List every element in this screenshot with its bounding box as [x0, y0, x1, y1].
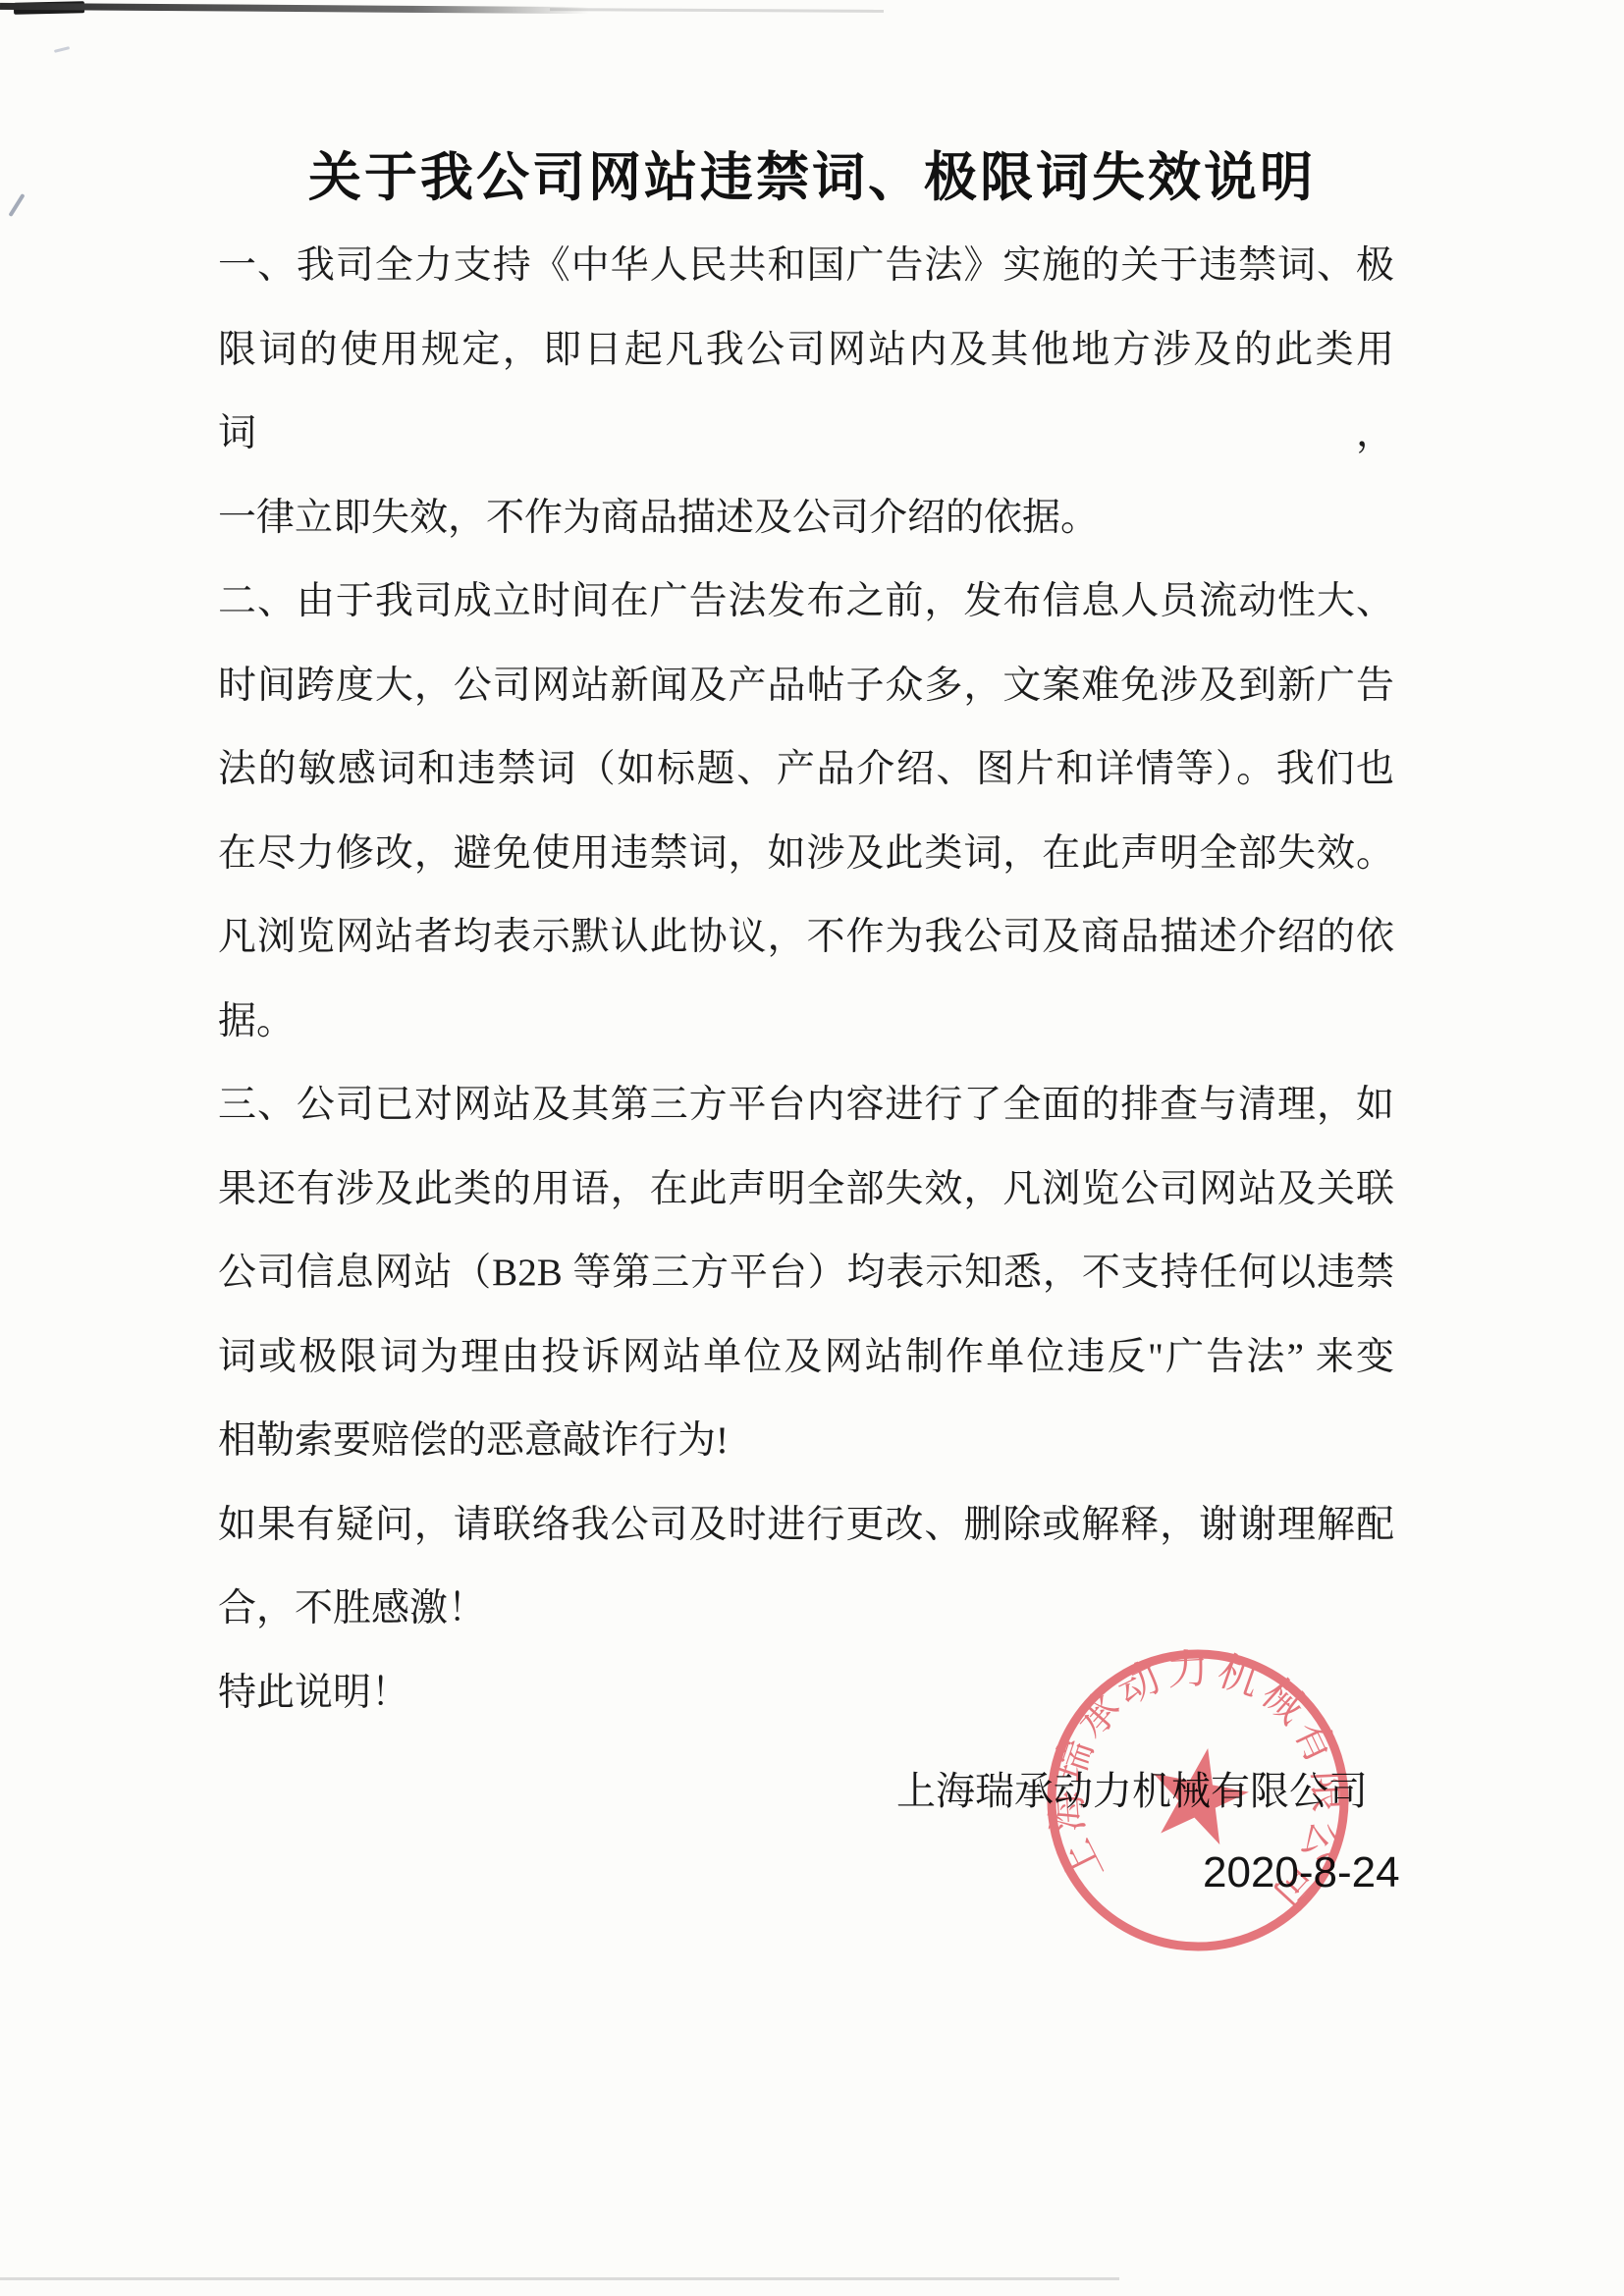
document-line: 在尽力修改，避免使用违禁词，如涉及此类词，在此声明全部失效。 [218, 812, 1394, 896]
scan-artifact-top-black-mark [14, 1, 84, 15]
stamp-star-icon [1143, 1739, 1256, 1848]
document-line: 时间跨度大，公司网站新闻及产品帖子众多，文案难免涉及到新广告 [218, 644, 1394, 728]
document-line: 凡浏览网站者均表示默认此协议，不作为我公司及商品描述介绍的依 [218, 895, 1394, 980]
scan-artifact-top-edge-line-faint [550, 8, 884, 13]
document-title: 关于我公司网站违禁词、极限词失效说明 [0, 135, 1624, 211]
document-line: 一律立即失效，不作为商品描述及公司介绍的依据。 [218, 476, 1394, 561]
document-line: 果还有涉及此类的用语，在此声明全部失效，凡浏览公司网站及关联 [218, 1148, 1394, 1232]
scan-artifact-small-tick [54, 46, 70, 53]
scan-artifact-bottom-edge-line [0, 2277, 1119, 2280]
document-line: 如果有疑问，请联络我公司及时进行更改、删除或解释，谢谢理解配 [218, 1483, 1394, 1568]
document-line: 限词的使用规定，即日起凡我公司网站内及其他地方涉及的此类用词， [218, 308, 1394, 476]
document-line: 法的敏感词和违禁词（如标题、产品介绍、图片和详情等）。我们也 [218, 727, 1394, 812]
scanned-document-page: 关于我公司网站违禁词、极限词失效说明 一、我司全力支持《中华人民共和国广告法》实… [0, 0, 1624, 2296]
document-line: 词或极限词为理由投诉网站单位及网站制作单位违反"广告法” 来变 [218, 1315, 1394, 1400]
document-line: 相勒索要赔偿的恶意敲诈行为! [218, 1399, 1394, 1483]
document-line: 一、我司全力支持《中华人民共和国广告法》实施的关于违禁词、极 [218, 224, 1394, 308]
document-line: 公司信息网站（B2B 等第三方平台）均表示知悉，不支持任何以违禁 [218, 1231, 1394, 1315]
document-body: 一、我司全力支持《中华人民共和国广告法》实施的关于违禁词、极限词的使用规定，即日… [218, 224, 1394, 1735]
document-line: 三、公司已对网站及其第三方平台内容进行了全面的排查与清理，如 [218, 1063, 1394, 1148]
company-stamp: 上海瑞承动力机械有限公司 [1036, 1638, 1360, 1962]
scan-artifact-top-edge-line [0, 3, 589, 14]
document-line: 据。 [218, 980, 1394, 1064]
document-line: 二、由于我司成立时间在广告法发布之前，发布信息人员流动性大、 [218, 560, 1394, 644]
